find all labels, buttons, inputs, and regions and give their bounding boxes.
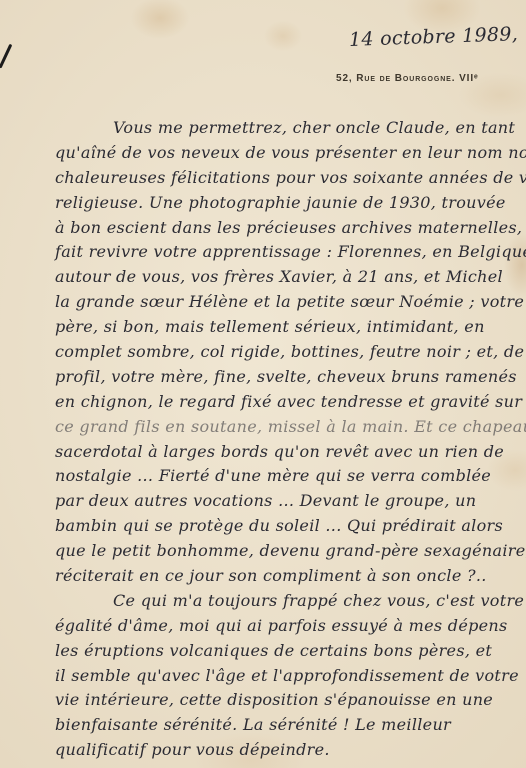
handwritten-line: Ce qui m'a toujours frappé chez vous, c'… [55, 589, 526, 614]
pen-stroke-mark [0, 44, 12, 69]
handwritten-line: nostalgie ... Fierté d'une mère qui se v… [55, 464, 526, 489]
handwritten-line: la grande sœur Hélène et la petite sœur … [55, 290, 526, 315]
letter-body: Vous me permettrez, cher oncle Claude, e… [55, 116, 526, 763]
handwritten-line: fait revivre votre apprentissage : Flore… [55, 240, 526, 265]
letter-date: 14 octobre 1989, [349, 23, 519, 51]
handwritten-line: Vous me permettrez, cher oncle Claude, e… [55, 116, 526, 141]
handwritten-line: par deux autres vocations ... Devant le … [55, 489, 526, 514]
handwritten-line: réciterait en ce jour son compliment à s… [55, 564, 526, 589]
handwritten-line: autour de vous, vos frères Xavier, à 21 … [55, 265, 526, 290]
scanned-letter-page: 14 octobre 1989, 52, Rue de Bourgogne. V… [0, 0, 526, 768]
handwritten-line: profil, votre mère, fine, svelte, cheveu… [55, 365, 526, 390]
handwritten-line: les éruptions volcaniques de certains bo… [55, 639, 526, 664]
handwritten-line: bambin qui se protège du soleil ... Qui … [55, 514, 526, 539]
handwritten-line: sacerdotal à larges bords qu'on revêt av… [55, 440, 526, 465]
handwritten-line: à bon escient dans les précieuses archiv… [55, 216, 526, 241]
handwritten-line: il semble qu'avec l'âge et l'approfondis… [55, 664, 526, 689]
handwritten-line: qualificatif pour vous dépeindre. [55, 738, 526, 763]
handwritten-line: bienfaisante sérénité. La sérénité ! Le … [55, 713, 526, 738]
handwritten-line: religieuse. Une photographie jaunie de 1… [55, 191, 526, 216]
handwritten-line: que le petit bonhomme, devenu grand-père… [55, 539, 526, 564]
handwritten-line: égalité d'âme, moi qui ai parfois essuyé… [55, 614, 526, 639]
letterhead-address: 52, Rue de Bourgogne. VIIᵉ [336, 73, 479, 84]
handwritten-line: complet sombre, col rigide, bottines, fe… [55, 340, 526, 365]
handwritten-line: ce grand fils en soutane, missel à la ma… [55, 415, 526, 440]
handwritten-line: qu'aîné de vos neveux de vous présenter … [55, 141, 526, 166]
handwritten-line: en chignon, le regard fixé avec tendress… [55, 390, 526, 415]
handwritten-line: vie intérieure, cette disposition s'épan… [55, 688, 526, 713]
handwritten-line: père, si bon, mais tellement sérieux, in… [55, 315, 526, 340]
handwritten-line: chaleureuses félicitations pour vos soix… [55, 166, 526, 191]
